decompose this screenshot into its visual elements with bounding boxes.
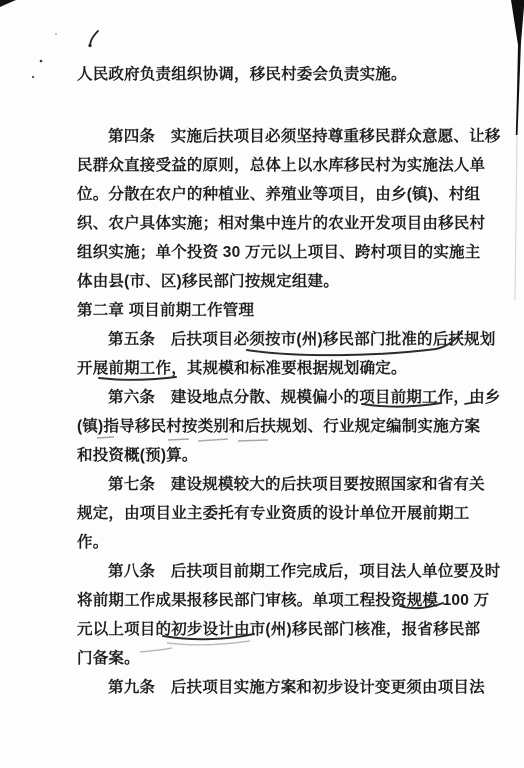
text-line: 元以上项目的初步设计由市(州)移民部门核准，报省移民部 xyxy=(77,615,481,644)
document-text-column: 人民政府负责组织协调，移民村委会负责实施。 第四条 实施后扶项目必须坚持尊重移民… xyxy=(77,60,481,702)
text-line: 组织实施；单个投资 30 万元以上项目、跨村项目的实施主 xyxy=(77,238,481,267)
text-line: 人民政府负责组织协调，移民村委会负责实施。 xyxy=(77,60,481,89)
ink-speck xyxy=(55,33,57,35)
text-line: 和投资概(预)算。 xyxy=(77,441,481,470)
scan-edge-shadow xyxy=(515,135,517,300)
text-line: (镇)指导移民村按类别和后扶规划、行业规定编制实施方案 xyxy=(77,412,481,441)
text-line: 第七条 建设规模较大的后扶项目要按照国家和省有关 xyxy=(77,470,481,499)
scan-edge-artifact xyxy=(511,0,524,135)
text-line: 第四条 实施后扶项目必须坚持尊重移民群众意愿、让移 xyxy=(77,122,481,151)
text-line: 第八条 后扶项目前期工作完成后，项目法人单位要及时 xyxy=(77,557,481,586)
text-line: 民群众直接受益的原则，总体上以水库移民村为实施法人单 xyxy=(77,151,481,180)
scan-corner-artifact xyxy=(0,0,16,7)
ink-speck xyxy=(40,60,43,63)
ink-speck xyxy=(32,76,34,78)
pen-tick-mark xyxy=(90,31,98,46)
text-line: 位。分散在农户的种植业、养殖业等项目，由乡(镇)、村组 xyxy=(77,180,481,209)
text-line: 第六条 建设地点分散、规模偏小的项目前期工作，由乡 xyxy=(77,383,481,412)
text-line: 门备案。 xyxy=(77,644,481,673)
text-line: 第九条 后扶项目实施方案和初步设计变更须由项目法 xyxy=(77,673,481,702)
paragraph-gap xyxy=(77,89,481,122)
text-line: 开展前期工作，其规模和标准要根据规划确定。 xyxy=(77,354,481,383)
scanned-document-page: 人民政府负责组织协调，移民村委会负责实施。 第四条 实施后扶项目必须坚持尊重移民… xyxy=(0,0,524,768)
ink-speck xyxy=(88,44,91,47)
text-line: 将前期工作成果报移民部门审核。单项工程投资规模 100 万 xyxy=(77,586,481,615)
text-line: 体由县(市、区)移民部门按规定组建。 xyxy=(77,267,481,296)
text-line: 规定，由项目业主委托有专业资质的设计单位开展前期工 xyxy=(77,499,481,528)
text-line: 作。 xyxy=(77,528,481,557)
text-line: 第五条 后扶项目必须按市(州)移民部门批准的后扶规划 xyxy=(77,325,481,354)
chapter-heading: 第二章 项目前期工作管理 xyxy=(77,296,481,325)
text-line: 织、农户具体实施；相对集中连片的农业开发项目由移民村 xyxy=(77,209,481,238)
